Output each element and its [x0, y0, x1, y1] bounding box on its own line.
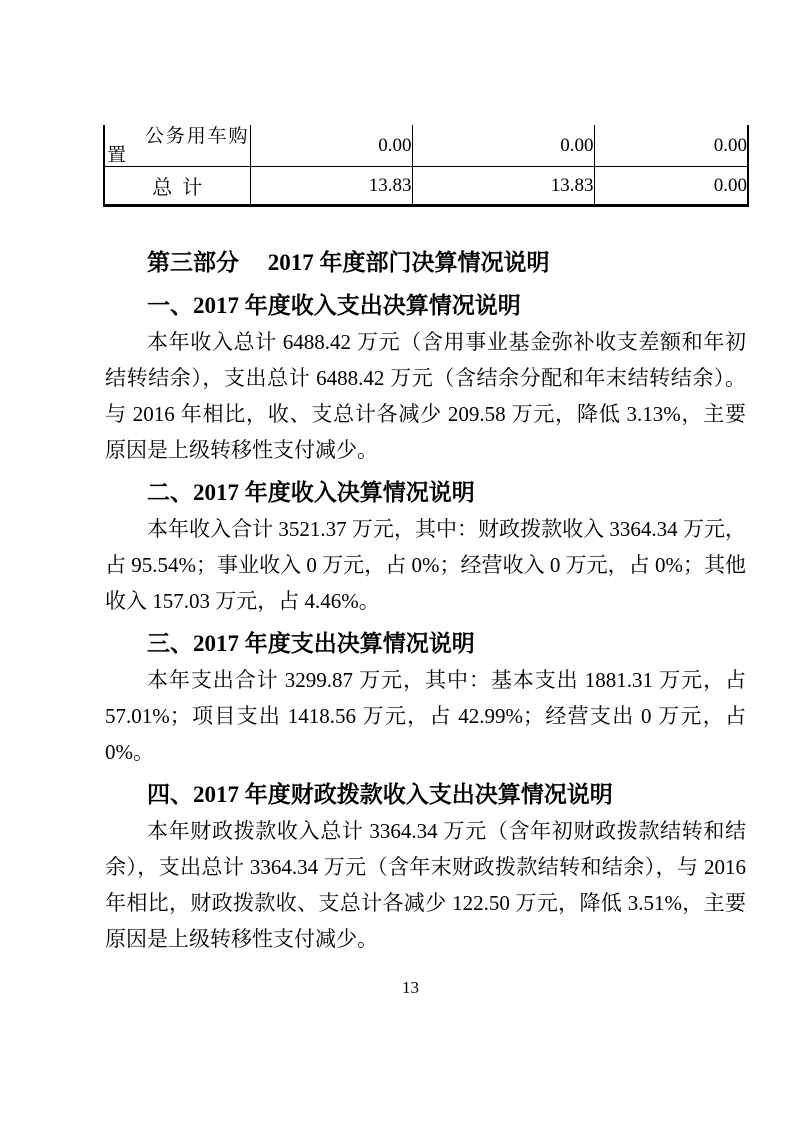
page-number: 13	[14, 978, 793, 998]
section-2-heading: 二、2017 年度收入决算情况说明	[105, 474, 746, 511]
report-body: 第三部分 2017 年度部门决算情况说明 一、2017 年度收入支出决算情况说明…	[105, 203, 746, 957]
table-row-vehicle-purchase: 公务用车购置 0.00 0.00 0.00	[104, 125, 748, 167]
cell-value: 0.00	[412, 125, 594, 167]
cell-value: 0.00	[594, 125, 748, 167]
cell-value: 0.00	[250, 125, 412, 167]
section-1-heading: 一、2017 年度收入支出决算情况说明	[105, 287, 746, 324]
cell-value: 13.83	[412, 167, 594, 206]
document-page: 公务用车购置 0.00 0.00 0.00 总 计 13.83 13.83 0.…	[0, 0, 793, 1122]
part-heading: 第三部分 2017 年度部门决算情况说明	[105, 244, 746, 281]
cell-value: 13.83	[250, 167, 412, 206]
row-label: 总 计	[104, 167, 250, 206]
row-label: 公务用车购置	[104, 125, 250, 167]
section-3-heading: 三、2017 年度支出决算情况说明	[105, 625, 746, 662]
section-4-paragraph: 本年财政拨款收入总计 3364.34 万元（含年初财政拨款结转和结余），支出总计…	[105, 813, 746, 957]
cell-value: 0.00	[594, 167, 748, 206]
section-4-heading: 四、2017 年度财政拨款收入支出决算情况说明	[105, 776, 746, 813]
table-row-total: 总 计 13.83 13.83 0.00	[104, 167, 748, 206]
section-3-paragraph: 本年支出合计 3299.87 万元，其中：基本支出 1881.31 万元，占 5…	[105, 662, 746, 770]
section-2-paragraph: 本年收入合计 3521.37 万元，其中：财政拨款收入 3364.34 万元，占…	[105, 511, 746, 619]
final-accounts-table: 公务用车购置 0.00 0.00 0.00 总 计 13.83 13.83 0.…	[103, 125, 749, 207]
section-1-paragraph: 本年收入总计 6488.42 万元（含用事业基金弥补收支差额和年初结转结余），支…	[105, 324, 746, 468]
